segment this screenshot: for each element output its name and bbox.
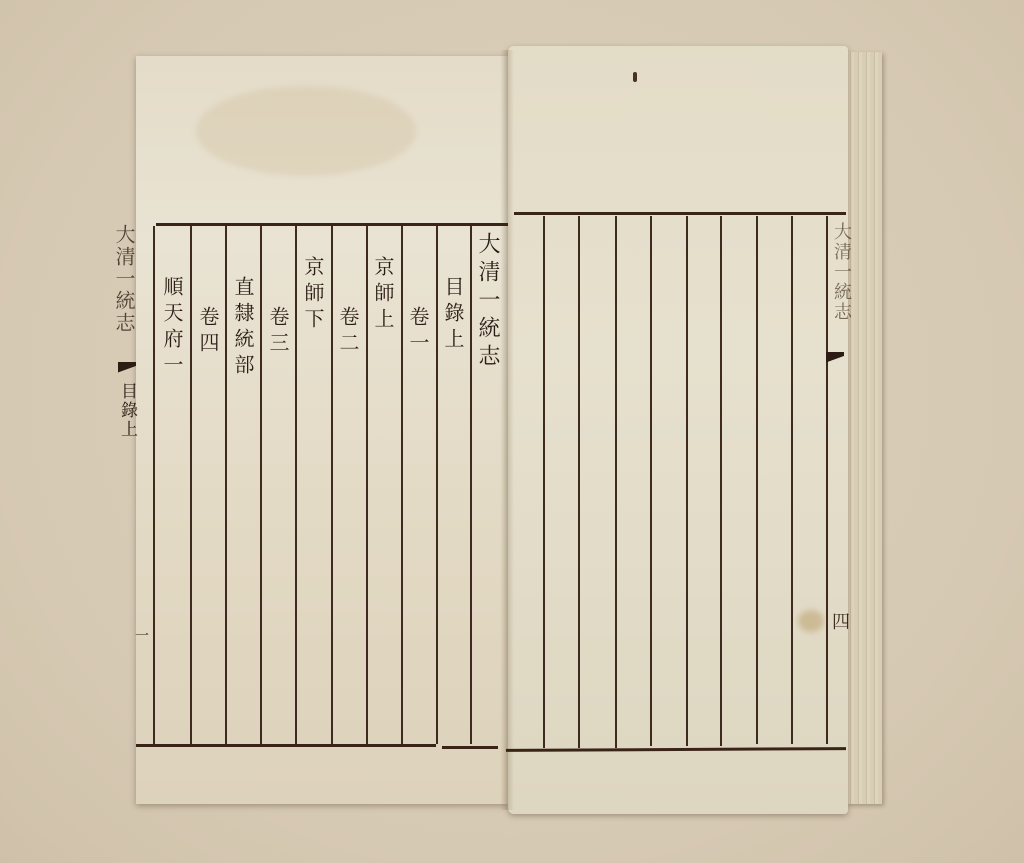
column-rule — [190, 226, 192, 744]
column-rule — [686, 216, 688, 746]
chapter-3-title: 直隸統部 — [233, 276, 253, 380]
right-page — [508, 46, 848, 814]
column-rule — [366, 226, 368, 744]
book-gutter — [500, 50, 514, 810]
chapter-4-number: 卷四 — [198, 306, 218, 358]
column-rule — [225, 226, 227, 744]
column-rule — [650, 216, 652, 746]
column-rule — [331, 226, 333, 744]
chapter-1-title: 京師上 — [373, 256, 393, 334]
water-stain — [798, 610, 824, 632]
left-page — [136, 56, 508, 804]
fish-tail-mark-right — [826, 352, 844, 366]
margin-book-title: 大清一統志 — [114, 224, 134, 334]
margin-section: 目錄上 — [118, 382, 135, 439]
column-rule — [578, 216, 580, 748]
page-block-edges — [846, 52, 882, 804]
fish-tail-mark — [118, 362, 136, 376]
bottom-frame-rule-left-2 — [442, 746, 498, 749]
column-rule — [791, 216, 793, 744]
foxing-stain — [196, 86, 416, 176]
column-rule — [260, 226, 262, 744]
column-rule — [153, 226, 155, 744]
next-leaf-margin-title: 大清一統志 — [832, 222, 850, 322]
column-rule — [295, 226, 297, 744]
column-rule — [826, 216, 828, 744]
column-rule — [543, 216, 545, 748]
section-heading-column: 目錄上 — [443, 276, 463, 354]
column-rule — [720, 216, 722, 746]
ink-speck — [633, 72, 637, 82]
column-rule — [615, 216, 617, 748]
chapter-2-title: 京師下 — [303, 256, 323, 334]
column-rule — [436, 226, 438, 744]
chapter-2-number: 卷二 — [338, 306, 358, 358]
column-rule — [756, 216, 758, 744]
book-title-column: 大清一統志 — [476, 232, 498, 372]
chapter-3-number: 卷三 — [268, 306, 288, 358]
column-rule — [470, 226, 472, 744]
chapter-1-number: 卷一 — [408, 306, 428, 358]
chapter-4-title: 順天府一 — [162, 276, 182, 380]
margin-folio: 一 — [134, 628, 148, 648]
next-leaf-folio: 四 — [830, 612, 848, 636]
bottom-frame-rule-left — [136, 744, 436, 747]
top-frame-rule-right — [514, 212, 846, 215]
column-rule — [401, 226, 403, 744]
